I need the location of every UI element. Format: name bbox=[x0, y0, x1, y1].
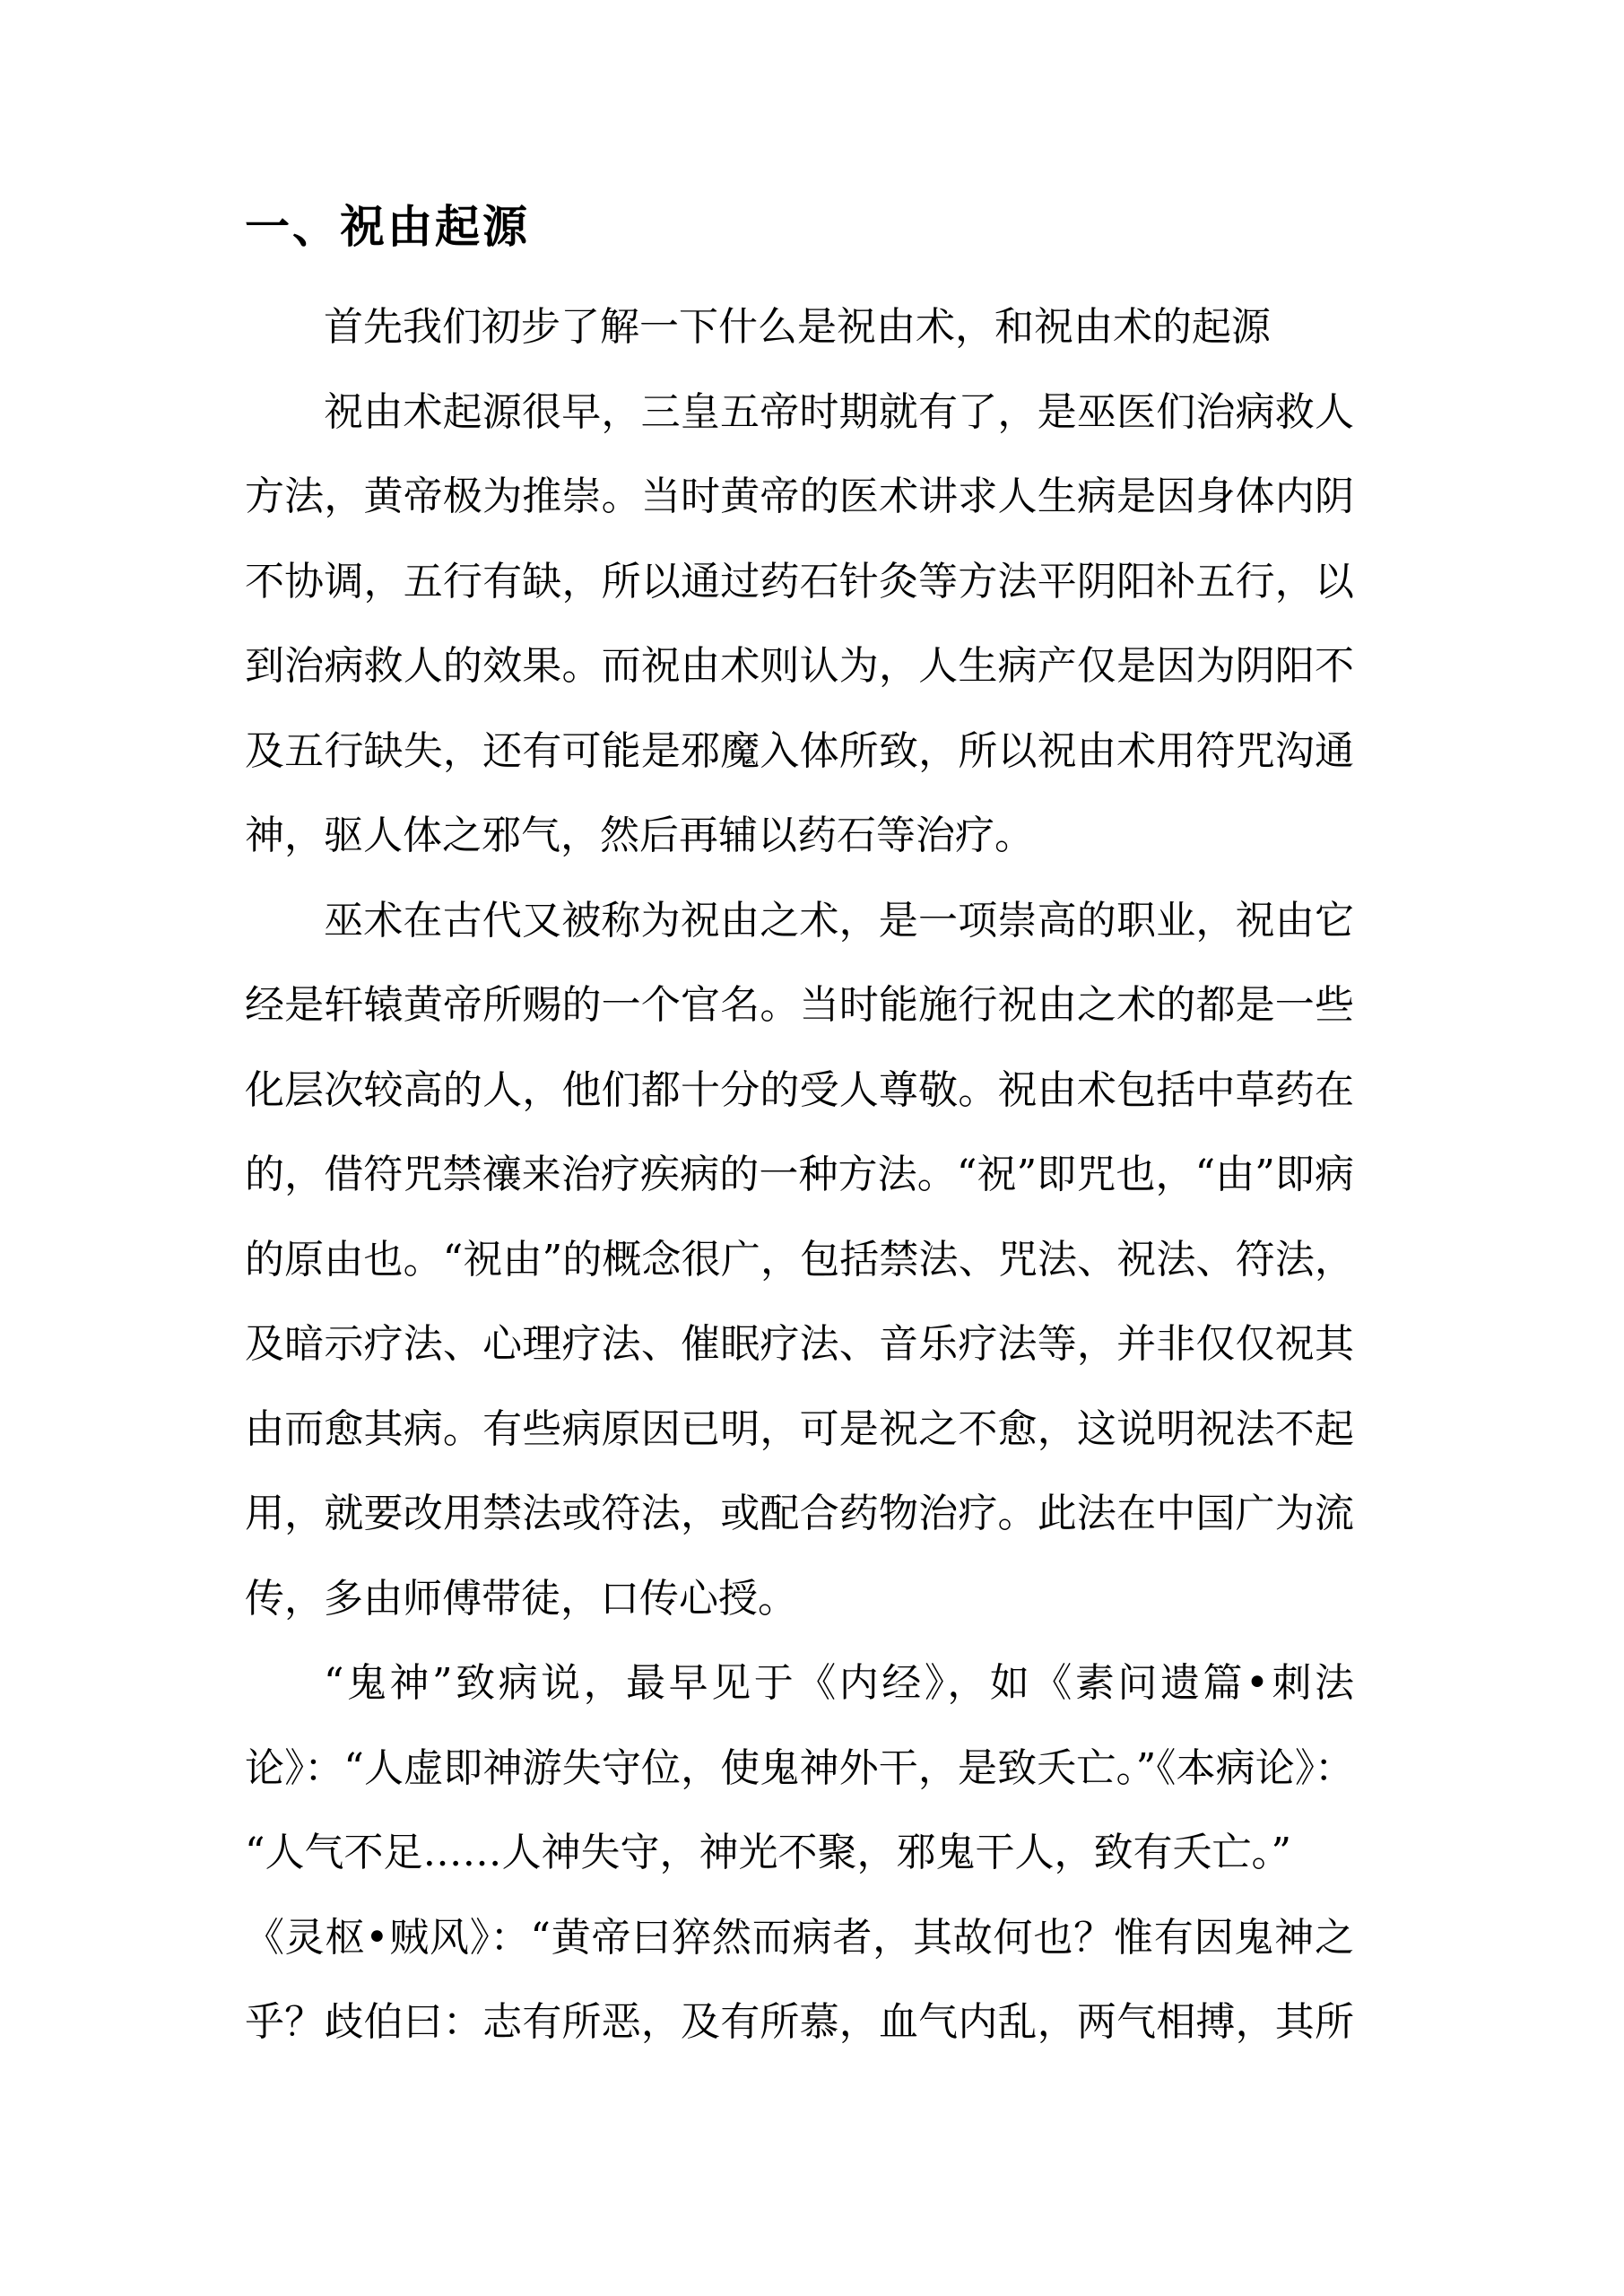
text-line: 用，就要改用禁法或符法，或配合药物治疗。此法在中国广为流 bbox=[245, 1472, 1354, 1557]
text-line: 化层次较高的人，他们都十分的受人尊敬。祝由术包括中草药在内 bbox=[245, 1048, 1354, 1134]
text-line: 神，驱人体之邪气，然后再辅以药石等治疗。 bbox=[245, 794, 1354, 879]
text-line: “鬼神”致病说，最早见于《内经》，如《素问遗篇•刺法 bbox=[245, 1641, 1354, 1726]
text-line: 由而愈其病。有些病原因已明，可是祝之不愈，这说明祝法不起作 bbox=[245, 1387, 1354, 1473]
text-line: 不协调，五行有缺，所以通过药石针灸等方法平阴阳补五行，以达 bbox=[245, 540, 1354, 625]
text-line: 首先我们初步了解一下什么是祝由术，和祝由术的起源 bbox=[245, 285, 1354, 370]
text-line: “人气不足……人神失守，神光不聚，邪鬼干人，致有夭亡。” bbox=[245, 1811, 1354, 1896]
text-line: 祝由术起源很早，三皇五帝时期就有了，是巫医们治病救人的 bbox=[245, 370, 1354, 456]
paragraph-1: 首先我们初步了解一下什么是祝由术，和祝由术的起源 bbox=[245, 285, 1354, 370]
paragraph-3: 巫术在古代又被称为祝由之术，是一项崇高的职业，祝由它曾 经是轩辕黄帝所赐的一个官… bbox=[245, 879, 1354, 1642]
paragraph-2: 祝由术起源很早，三皇五帝时期就有了，是巫医们治病救人的 方法，黄帝极为推崇。当时… bbox=[245, 370, 1354, 879]
text-line: 的，借符咒禁禳来治疗疾病的一种方法。“祝”即咒也，“由”即病 bbox=[245, 1133, 1354, 1218]
text-line: 方法，黄帝极为推崇。当时黄帝的医术讲求人生病是因身体内阴阳 bbox=[245, 455, 1354, 540]
text-line: 论》：“人虚即神游失守位，使鬼神外干，是致夭亡。”《本病论》： bbox=[245, 1726, 1354, 1812]
text-line: 及五行缺失，还有可能是邪魔入体所致，所以祝由术用符咒沟通鬼 bbox=[245, 709, 1354, 795]
text-line: 到治病救人的效果。而祝由术则认为，人生病产仅是因为阴阳不平 bbox=[245, 624, 1354, 709]
text-line: 《灵枢•贼风》：“黄帝曰猝然而病者，其故何也？惟有因鬼神之事 bbox=[245, 1896, 1354, 1981]
text-line: 乎？歧伯曰：志有所恶，及有所慕，血气内乱，两气相搏，其所从 bbox=[245, 1980, 1354, 2066]
text-line: 及暗示疗法、心理疗法、催眠疗法、音乐疗法等，并非仅仅祝其病 bbox=[245, 1302, 1354, 1387]
text-line: 的原由也。“祝由”的概念很广，包括禁法、咒法、祝法、符法，以 bbox=[245, 1218, 1354, 1303]
text-line: 巫术在古代又被称为祝由之术，是一项崇高的职业，祝由它曾 bbox=[245, 879, 1354, 964]
paragraph-4: “鬼神”致病说，最早见于《内经》，如《素问遗篇•刺法 论》：“人虚即神游失守位，… bbox=[245, 1641, 1354, 2066]
section-heading: 一、祝由起源 bbox=[245, 204, 1354, 249]
text-line: 经是轩辕黄帝所赐的一个官名。当时能施行祝由之术的都是一些文 bbox=[245, 963, 1354, 1048]
document-page: 一、祝由起源 首先我们初步了解一下什么是祝由术，和祝由术的起源 祝由术起源很早，… bbox=[0, 0, 1624, 2296]
text-line: 传，多由师傅带徒，口传心授。 bbox=[245, 1557, 1354, 1642]
